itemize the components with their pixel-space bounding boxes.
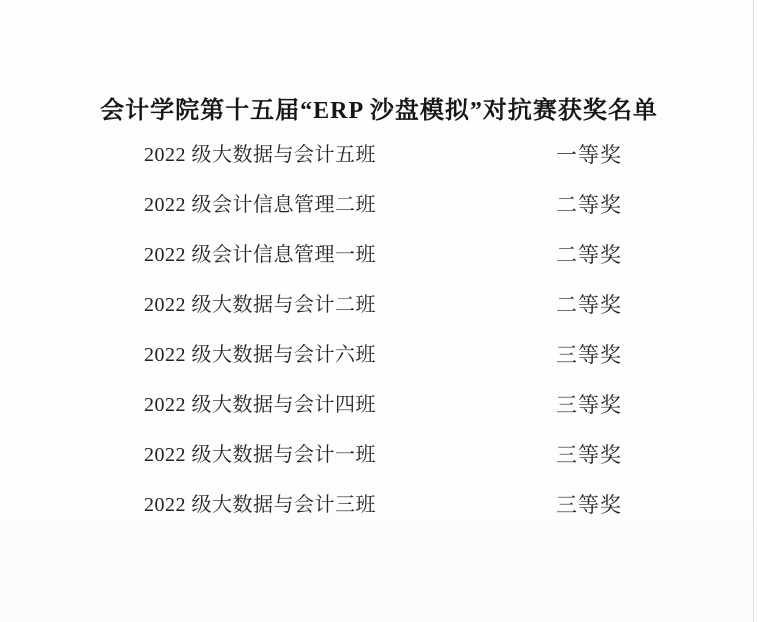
class-name: 2022 级大数据与会计二班 [144,280,376,330]
award-level: 三等奖 [556,430,622,480]
award-level: 二等奖 [556,280,622,330]
award-row: 2022 级会计信息管理二班 二等奖 [0,180,758,230]
award-level: 三等奖 [556,380,622,430]
award-level: 二等奖 [556,230,622,280]
award-list: 2022 级大数据与会计五班 一等奖 2022 级会计信息管理二班 二等奖 20… [0,130,758,530]
class-name: 2022 级会计信息管理二班 [144,180,376,230]
class-name: 2022 级大数据与会计四班 [144,380,376,430]
class-name: 2022 级大数据与会计三班 [144,480,376,530]
award-row: 2022 级大数据与会计四班 三等奖 [0,380,758,430]
award-level: 一等奖 [556,130,622,180]
award-row: 2022 级大数据与会计二班 二等奖 [0,280,758,330]
class-name: 2022 级大数据与会计六班 [144,330,376,380]
award-list-document: 会计学院第十五届“ERP 沙盘模拟”对抗赛获奖名单 2022 级大数据与会计五班… [0,0,758,622]
award-row: 2022 级大数据与会计六班 三等奖 [0,330,758,380]
scan-edge-artifact [753,0,754,622]
award-level: 二等奖 [556,180,622,230]
award-row: 2022 级大数据与会计三班 三等奖 [0,480,758,530]
award-row: 2022 级会计信息管理一班 二等奖 [0,230,758,280]
award-level: 三等奖 [556,480,622,530]
page-title: 会计学院第十五届“ERP 沙盘模拟”对抗赛获奖名单 [0,90,758,125]
award-level: 三等奖 [556,330,622,380]
award-row: 2022 级大数据与会计五班 一等奖 [0,130,758,180]
class-name: 2022 级会计信息管理一班 [144,230,376,280]
class-name: 2022 级大数据与会计一班 [144,430,376,480]
award-row: 2022 级大数据与会计一班 三等奖 [0,430,758,480]
class-name: 2022 级大数据与会计五班 [144,130,376,180]
